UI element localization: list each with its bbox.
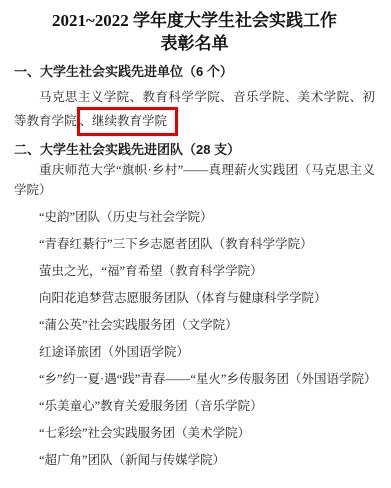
document-title-line-2: 表彰名单 [14, 32, 375, 55]
team-list-item: “七彩绘”社会实践服务团（美术学院） [14, 423, 375, 443]
team-list-item: “青春红綦行”三下乡志愿者团队（教育科学学院） [14, 234, 375, 254]
document-page: 2021~2022 学年度大学生社会实践工作 表彰名单 一、大学生社会实践先进单… [0, 0, 391, 488]
document-title-line-1: 2021~2022 学年度大学生社会实践工作 [14, 9, 375, 32]
team-list-item: 重庆师范大学“旗帜·乡村”——真理薪火实践团（马克思主义学院） [14, 160, 375, 200]
team-list-item: 向阳花追梦营志愿服务团队（体育与健康科学学院） [14, 288, 375, 308]
advanced-units-paragraph: 马克思主义学院、教育科学学院、音乐学院、美术学院、初等教育学院、继续教育学院 [14, 85, 375, 133]
document-title: 2021~2022 学年度大学生社会实践工作 表彰名单 [14, 9, 375, 55]
team-list-item: “乡”约一夏·遇“践”青春——“星火”乡传服务团（外国语学院） [14, 369, 375, 389]
team-list-item: “蒲公英”社会实践服务团（文学院） [14, 315, 375, 335]
team-list-item: 萤虫之光，“福”育希望（教育科学学院） [14, 261, 375, 281]
team-list-item: 红途译旅团（外国语学院） [14, 342, 375, 362]
team-list-item: “史韵”团队（历史与社会学院） [14, 207, 375, 227]
section-heading-advanced-units: 一、大学生社会实践先进单位（6 个） [14, 64, 375, 80]
advanced-units-text: 马克思主义学院、教育科学学院、音乐学院、美术学院、初等教育学院 [14, 90, 375, 128]
section-heading-advanced-teams: 二、大学生社会实践先进团队（28 支） [14, 142, 375, 158]
team-list-item: “乐美童心”教育关爱服务团（音乐学院） [14, 396, 375, 416]
red-highlight-box: 、继续教育学院 [77, 107, 179, 136]
team-list-item: “超广角”团队（新闻与传媒学院） [14, 450, 375, 470]
team-list: 重庆师范大学“旗帜·乡村”——真理薪火实践团（马克思主义学院）“史韵”团队（历史… [14, 160, 375, 470]
